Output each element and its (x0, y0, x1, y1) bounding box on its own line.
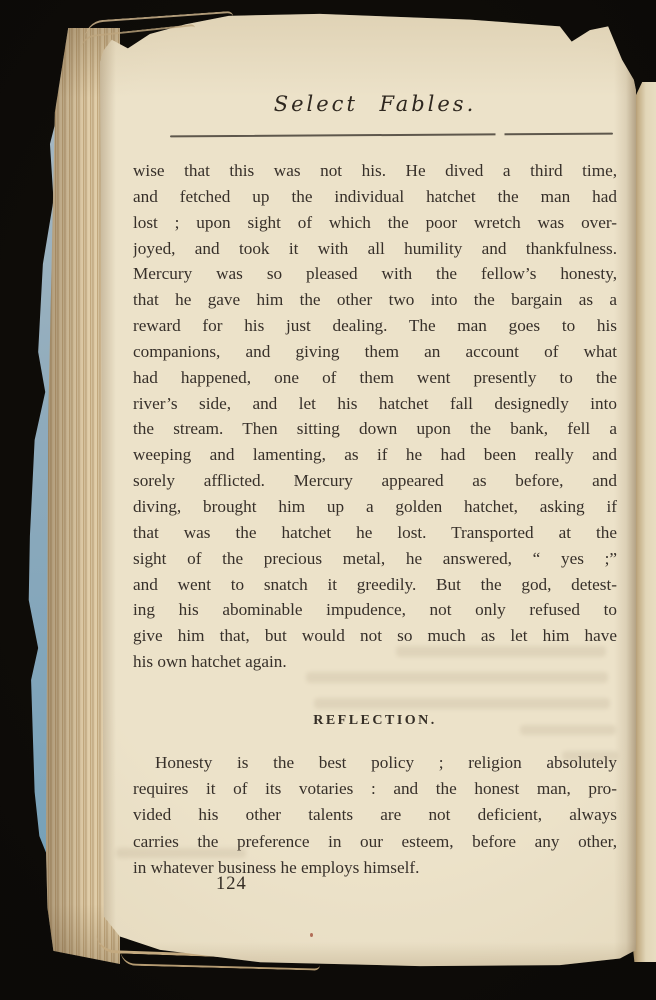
text-line: lost ; upon sight of which the poor wret… (133, 210, 617, 236)
book-scan: Select Fables. wise that this was not hi… (0, 0, 656, 1000)
text-line: that was the hatchet he lost. Transporte… (133, 520, 617, 546)
ink-showthrough (314, 698, 610, 709)
text-line: and fetched up the individual hatchet th… (133, 184, 617, 210)
text-line: sorely afflicted. Mercury appeared as be… (133, 468, 617, 494)
page-number: 124 (216, 874, 247, 895)
book-page: Select Fables. wise that this was not hi… (100, 12, 636, 968)
text-line: sight of the precious metal, he answered… (133, 546, 617, 572)
text-line: ing his abominable impudence, not only r… (133, 597, 617, 623)
header-rule (170, 133, 613, 138)
text-line: vided his other talents are not deficien… (133, 802, 617, 828)
text-line: requires it of its votaries : and the ho… (133, 776, 617, 802)
text-line: carries the preference in our esteem, be… (133, 829, 617, 855)
text-line: had happened, one of them went presently… (133, 365, 617, 391)
reflection-heading: REFLECTION. (133, 713, 617, 729)
text-line: reward for his just dealing. The man goe… (133, 313, 617, 339)
text-line: Honesty is the best policy ; religion ab… (133, 750, 617, 776)
text-line: his own hatchet again. (133, 649, 617, 675)
fable-text: wise that this was not his. He dived a t… (133, 158, 617, 675)
paper-speck (310, 933, 313, 937)
text-line: Mercury was so pleased with the fellow’s… (133, 261, 617, 287)
text-line: that he gave him the other two into the … (133, 287, 617, 313)
text-line: diving, brought him up a golden hatchet,… (133, 494, 617, 520)
text-line: wise that this was not his. He dived a t… (133, 158, 617, 184)
underlying-page-edge (633, 82, 656, 962)
text-line: and went to snatch it greedily. But the … (133, 572, 617, 598)
text-line: give him that, but would not so much as … (133, 623, 617, 649)
text-line: the stream. Then sitting down upon the b… (133, 416, 617, 442)
text-line: weeping and lamenting, as if he had been… (133, 442, 617, 468)
text-line: joyed, and took it with all humility and… (133, 236, 617, 262)
reflection-text: Honesty is the best policy ; religion ab… (133, 750, 617, 881)
running-head: Select Fables. (133, 92, 617, 116)
text-line: river’s side, and let his hatchet fall d… (133, 391, 617, 417)
text-line: companions, and giving them an account o… (133, 339, 617, 365)
text-line: in whatever business he employs himself. (133, 855, 617, 881)
